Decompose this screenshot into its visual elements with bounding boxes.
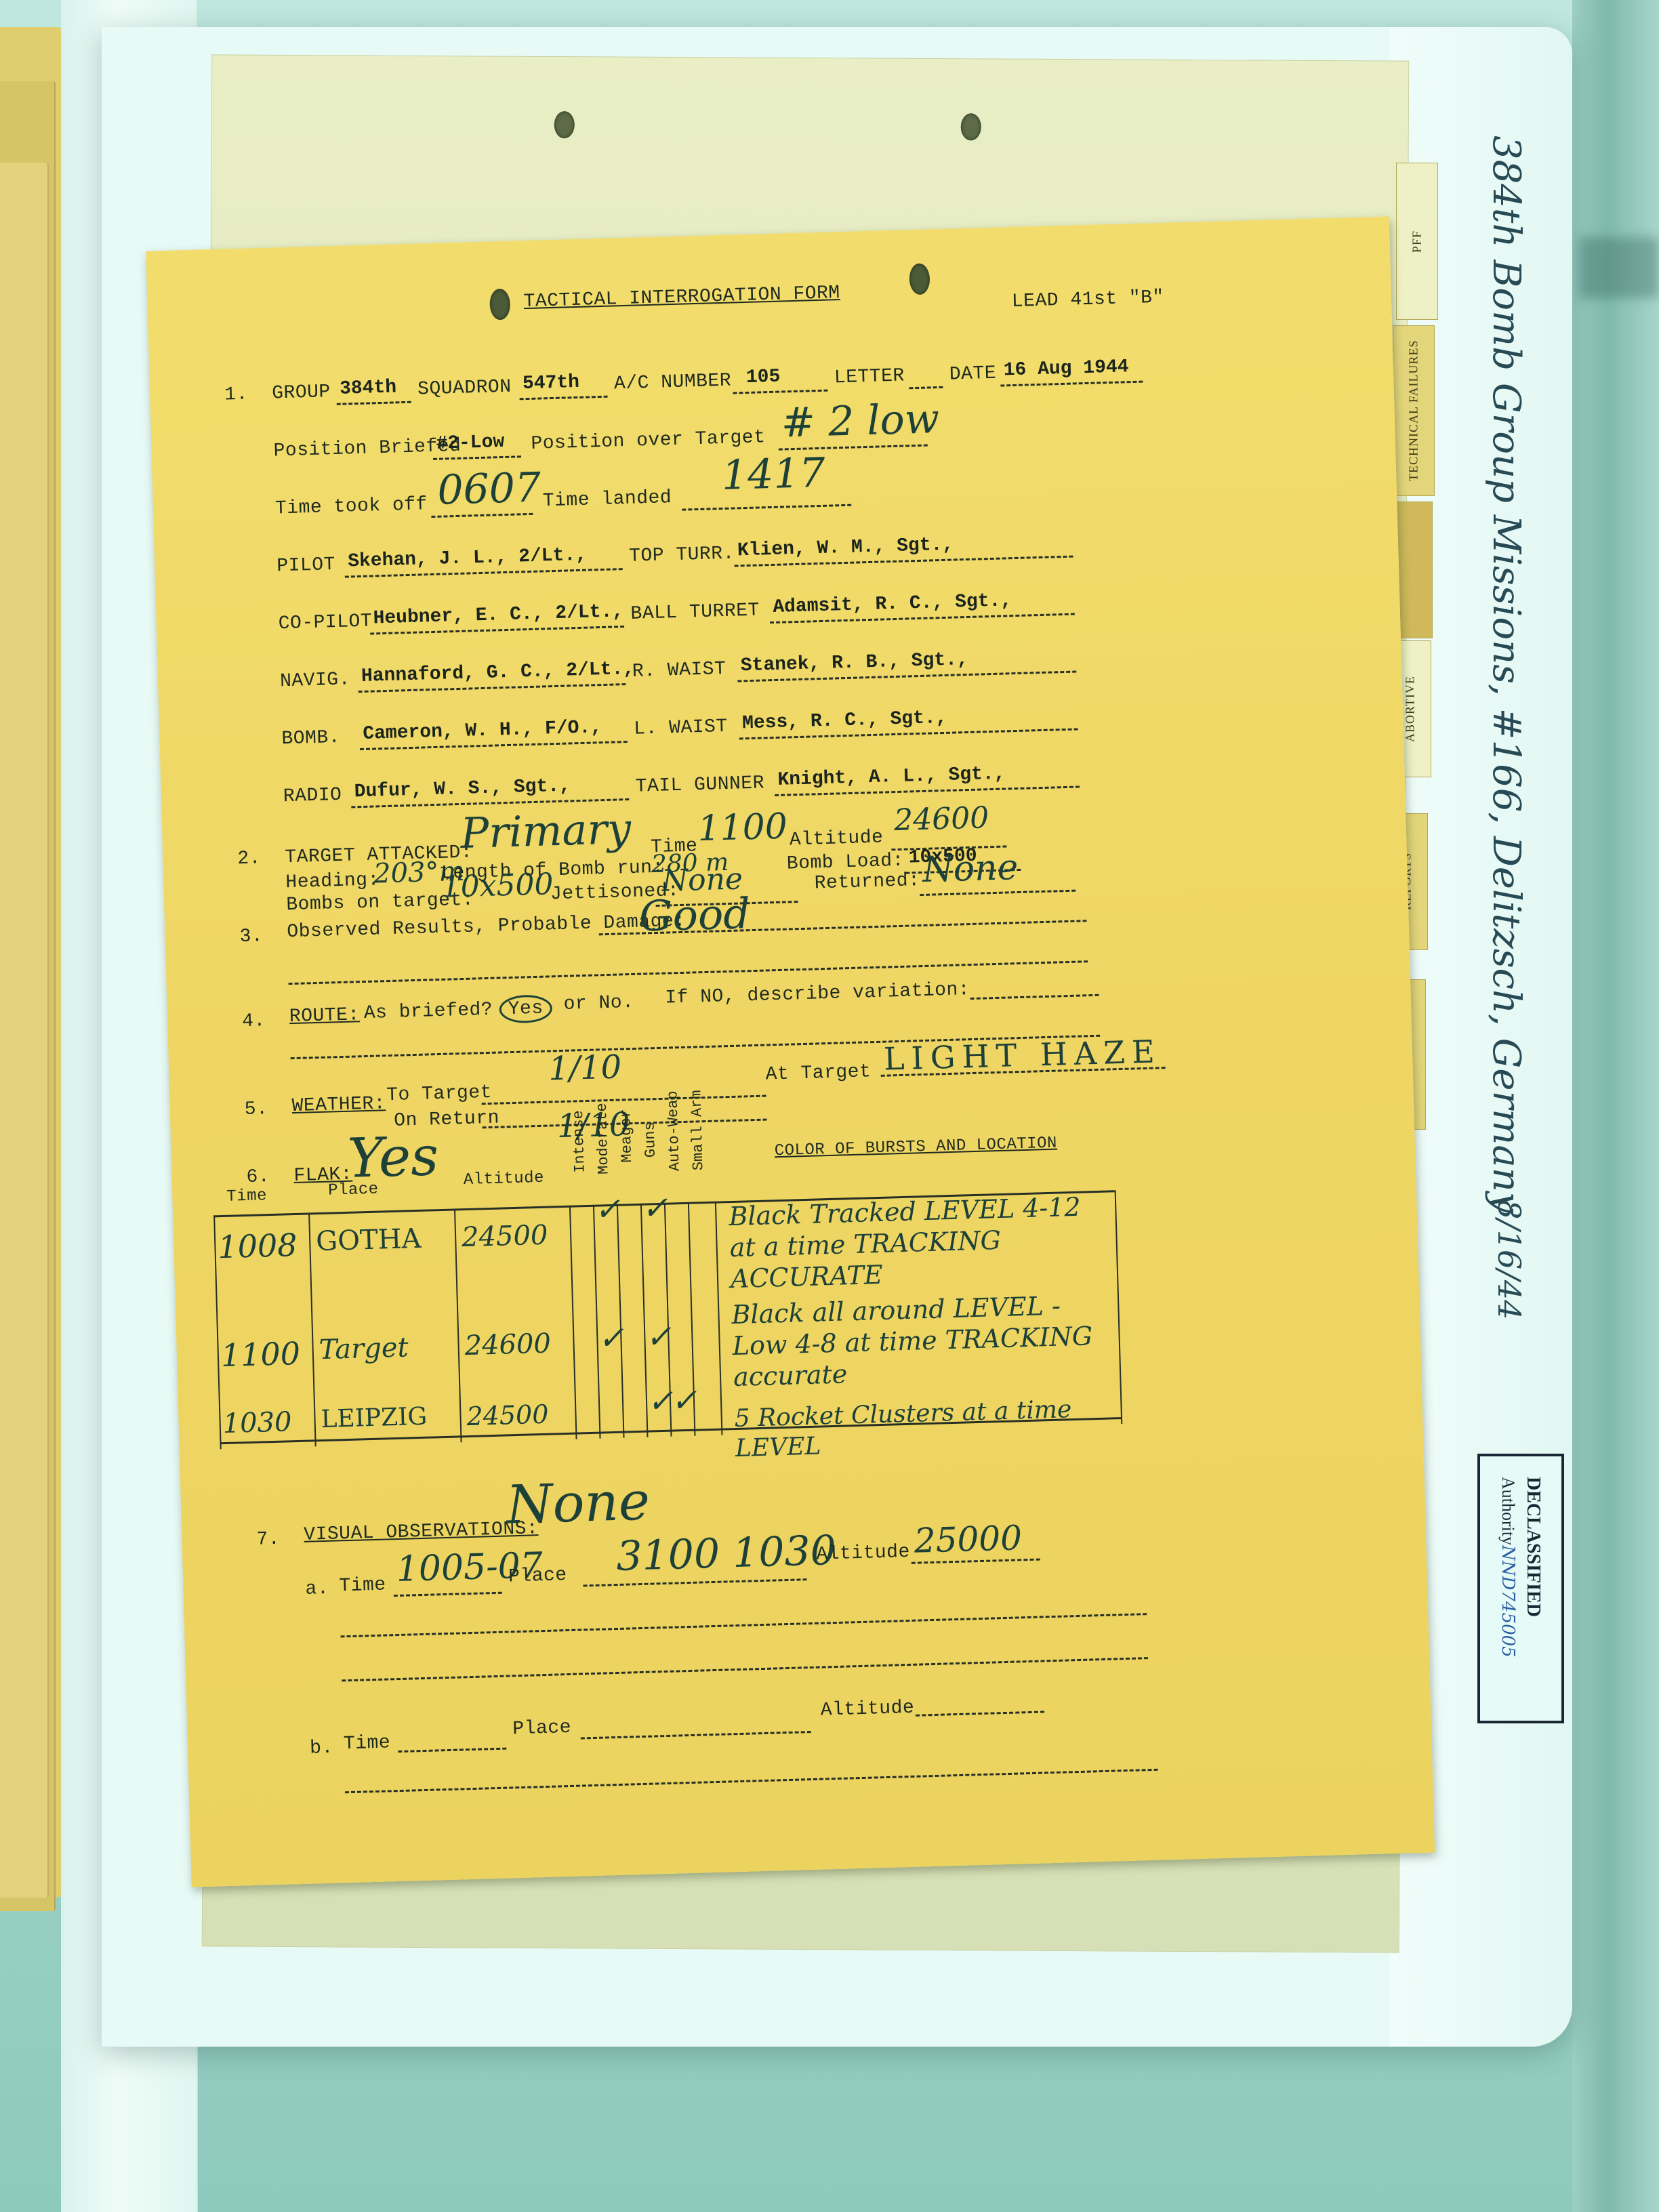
group-value: 384th (340, 377, 397, 399)
flak-col-intense: Intense (570, 1110, 589, 1173)
position-briefed-value: #2-Low (436, 432, 505, 455)
flak-row1-altitude: 24500 (462, 1220, 548, 1254)
returned-label: Returned: (814, 870, 920, 894)
flak-row2-altitude: 24600 (464, 1328, 551, 1362)
crew-name-ball-turret: Adamsit, R. C., Sgt., (773, 590, 1012, 618)
date-value: 16 Aug 1944 (1003, 356, 1129, 381)
position-over-target-value: # 2 low (781, 395, 940, 447)
crew-name-r-waist: Stanek, R. B., Sgt., (740, 649, 968, 676)
tab-label: ABORTIVE (1404, 676, 1418, 742)
punch-hole (909, 263, 930, 295)
tab-technical-failures[interactable]: TECHNICAL FAILURES (1393, 325, 1435, 496)
flak-row1-time: 1008 (218, 1227, 298, 1265)
section-number: 3. (239, 926, 263, 947)
date-label: DATE (949, 363, 996, 386)
flak-table: Time Place Altitude Intense Moderate Mea… (213, 1189, 1168, 1449)
obs-a-altitude-value: 25000 (914, 1518, 1023, 1560)
flak-row2-moderate-check: ✓ (598, 1319, 625, 1357)
target-time-value: 1100 (697, 806, 788, 850)
crew-name-navig: Hannaford, G. C., 2/Lt., (361, 659, 635, 687)
flak-row1-place: GOTHA (316, 1223, 422, 1257)
flak-col-color-bursts: COLOR OF BURSTS AND LOCATION (774, 1134, 1057, 1161)
flak-row3-guns-check: ✓ (647, 1382, 674, 1420)
ac-number-label: A/C NUMBER (614, 371, 732, 395)
obs-a-place-label: Place (508, 1565, 567, 1587)
stamp-authority: AuthorityNND745005 (1498, 1477, 1518, 1658)
crew-role-radio: RADIO (283, 785, 342, 807)
obs-a-place-value: 3100 1030 (615, 1527, 836, 1580)
folder-label-date: 8/16/44 (1491, 1200, 1528, 1319)
obs-b-altitude-label: Altitude (820, 1698, 914, 1721)
obs-a-label: a. (305, 1578, 329, 1600)
crew-role-ball-turret: BALL TURRET (630, 600, 760, 625)
flak-row2-place: Target (319, 1332, 409, 1366)
stamp-authority-label: Authority (1498, 1477, 1518, 1545)
bombs-on-target-value: 10x500 (441, 867, 554, 905)
background-table (1572, 0, 1659, 2212)
obs-a-time-label: Time (339, 1574, 386, 1597)
flak-col-place: Place (328, 1181, 379, 1200)
punch-hole (961, 113, 981, 140)
flak-row2-time: 1100 (220, 1335, 301, 1374)
flak-row3-notes: 5 Rocket Clusters at a time LEVEL (734, 1393, 1115, 1464)
altitude-label: Altitude (790, 827, 884, 851)
route-variation-label: If NO, describe variation: (665, 979, 970, 1009)
obs-b-place-label: Place (512, 1717, 571, 1740)
observed-results-label: Observed Results, Probable Damage: (287, 911, 686, 943)
crew-name-pilot: Skehan, J. L., 2/Lt., (348, 545, 588, 573)
crew-role-bomb: BOMB. (281, 727, 340, 750)
flak-row1-moderate-check: ✓ (594, 1191, 621, 1228)
flak-col-small-arm: Small Arm (688, 1090, 707, 1170)
punch-hole (554, 111, 575, 138)
target-attacked-value: Primary (460, 804, 632, 858)
weather-to-target-value: 1/10 (548, 1048, 622, 1088)
altitude-value: 24600 (894, 800, 989, 838)
left-paper-stack (0, 27, 61, 1911)
flak-row2-guns-check: ✓ (645, 1318, 672, 1355)
crew-name-copilot: Heubner, E. C., 2/Lt., (373, 601, 623, 629)
group-label: GROUP (272, 382, 331, 404)
weather-at-target-label: At Target (765, 1061, 872, 1085)
crew-name-tail-gunner: Knight, A. L., Sgt., (777, 764, 1006, 791)
crew-role-pilot: PILOT (276, 554, 335, 577)
crew-role-top-turret: TOP TURR. (629, 544, 735, 567)
crew-name-l-waist: Mess, R. C., Sgt., (742, 708, 947, 734)
flak-row3-place: LEIPZIG (321, 1403, 428, 1433)
tab-pff[interactable]: PFF (1396, 163, 1438, 320)
crew-name-radio: Dufur, W. S., Sgt., (354, 775, 571, 802)
section-number: 5. (244, 1099, 268, 1120)
squadron-label: SQUADRON (417, 377, 512, 401)
flak-col-altitude: Altitude (463, 1169, 544, 1189)
obs-a-altitude-label: Altitude (816, 1542, 910, 1565)
route-yes-circled: Yes (499, 994, 552, 1023)
crew-role-tail-gunner: TAIL GUNNER (635, 773, 764, 797)
crew-name-bomb: Cameron, W. H., F/O., (363, 717, 602, 745)
folder-label: 384th Bomb Group Missions, #166, Delitzs… (1484, 136, 1528, 1213)
time-took-off-value: 0607 (436, 464, 541, 514)
background-stain (1579, 237, 1659, 298)
flak-col-meager: Meager (617, 1109, 636, 1163)
route-label: ROUTE: (289, 1004, 361, 1027)
tab-label: TECHNICAL FAILURES (1407, 340, 1421, 482)
punch-hole (489, 289, 510, 321)
section-number: 6. (246, 1166, 270, 1188)
form-title: TACTICAL INTERROGATION FORM (523, 283, 840, 312)
flak-row3-auto-check: ✓ (670, 1382, 697, 1419)
flak-col-time: Time (226, 1187, 267, 1206)
lead-note: LEAD 41st "B" (1012, 287, 1165, 312)
crew-role-copilot: CO-PILOT (278, 611, 372, 635)
stack-sheet (0, 163, 49, 1898)
section-number: 4. (242, 1010, 266, 1032)
heading-label: Heading: (285, 869, 380, 893)
crew-role-navig: NAVIG. (280, 669, 351, 692)
letter-label: LETTER (834, 365, 905, 388)
obs-b-time-label: Time (344, 1732, 391, 1755)
declassified-stamp: DECLASSIFIED AuthorityNND745005 (1477, 1454, 1564, 1723)
flak-col-guns: Guns (642, 1122, 659, 1158)
time-took-off-label: Time took off (275, 494, 428, 519)
squadron-value: 547th (523, 372, 580, 394)
crew-role-l-waist: L. WAIST (634, 716, 728, 740)
time-landed-label: Time landed (542, 487, 672, 512)
obs-b-label: b. (310, 1738, 333, 1759)
route-or-no: or No. (563, 992, 634, 1015)
route-question: As briefed? (363, 1000, 493, 1024)
flak-col-moderate: Moderate (594, 1103, 613, 1174)
ac-number-value: 105 (745, 367, 780, 388)
visual-observations-label: VISUAL OBSERVATIONS: (304, 1518, 539, 1546)
tab-label: PFF (1410, 230, 1425, 252)
flak-row3-time: 1030 (222, 1406, 292, 1439)
section-number: 1. (224, 384, 248, 406)
flak-row1-notes: Black Tracked LEVEL 4-12 at a time TRACK… (729, 1191, 1111, 1295)
flak-row3-altitude: 24500 (466, 1399, 549, 1431)
crew-role-r-waist: R. WAIST (632, 659, 726, 682)
stamp-title: DECLASSIFIED (1522, 1477, 1544, 1617)
visual-observations-value: None (506, 1471, 651, 1536)
tactical-interrogation-form: TACTICAL INTERROGATION FORM LEAD 41st "B… (146, 216, 1435, 1887)
time-landed-value: 1417 (721, 449, 826, 499)
crew-name-top-turret: Klien, W. M., Sgt., (737, 535, 954, 562)
flak-col-auto-weap: Auto-Weap (664, 1090, 683, 1171)
flak-row2-notes: Black all around LEVEL - Low 4-8 at time… (731, 1288, 1113, 1393)
section-number: 7. (256, 1529, 280, 1551)
stamp-authority-value: NND745005 (1498, 1545, 1518, 1658)
flak-row1-guns-check: ✓ (641, 1189, 668, 1227)
returned-value: None (922, 847, 1019, 890)
section-number: 2. (237, 848, 261, 869)
position-over-target-label: Position over Target (531, 427, 766, 455)
weather-to-target-label: To Target (386, 1082, 493, 1106)
weather-label: WEATHER: (291, 1093, 386, 1117)
